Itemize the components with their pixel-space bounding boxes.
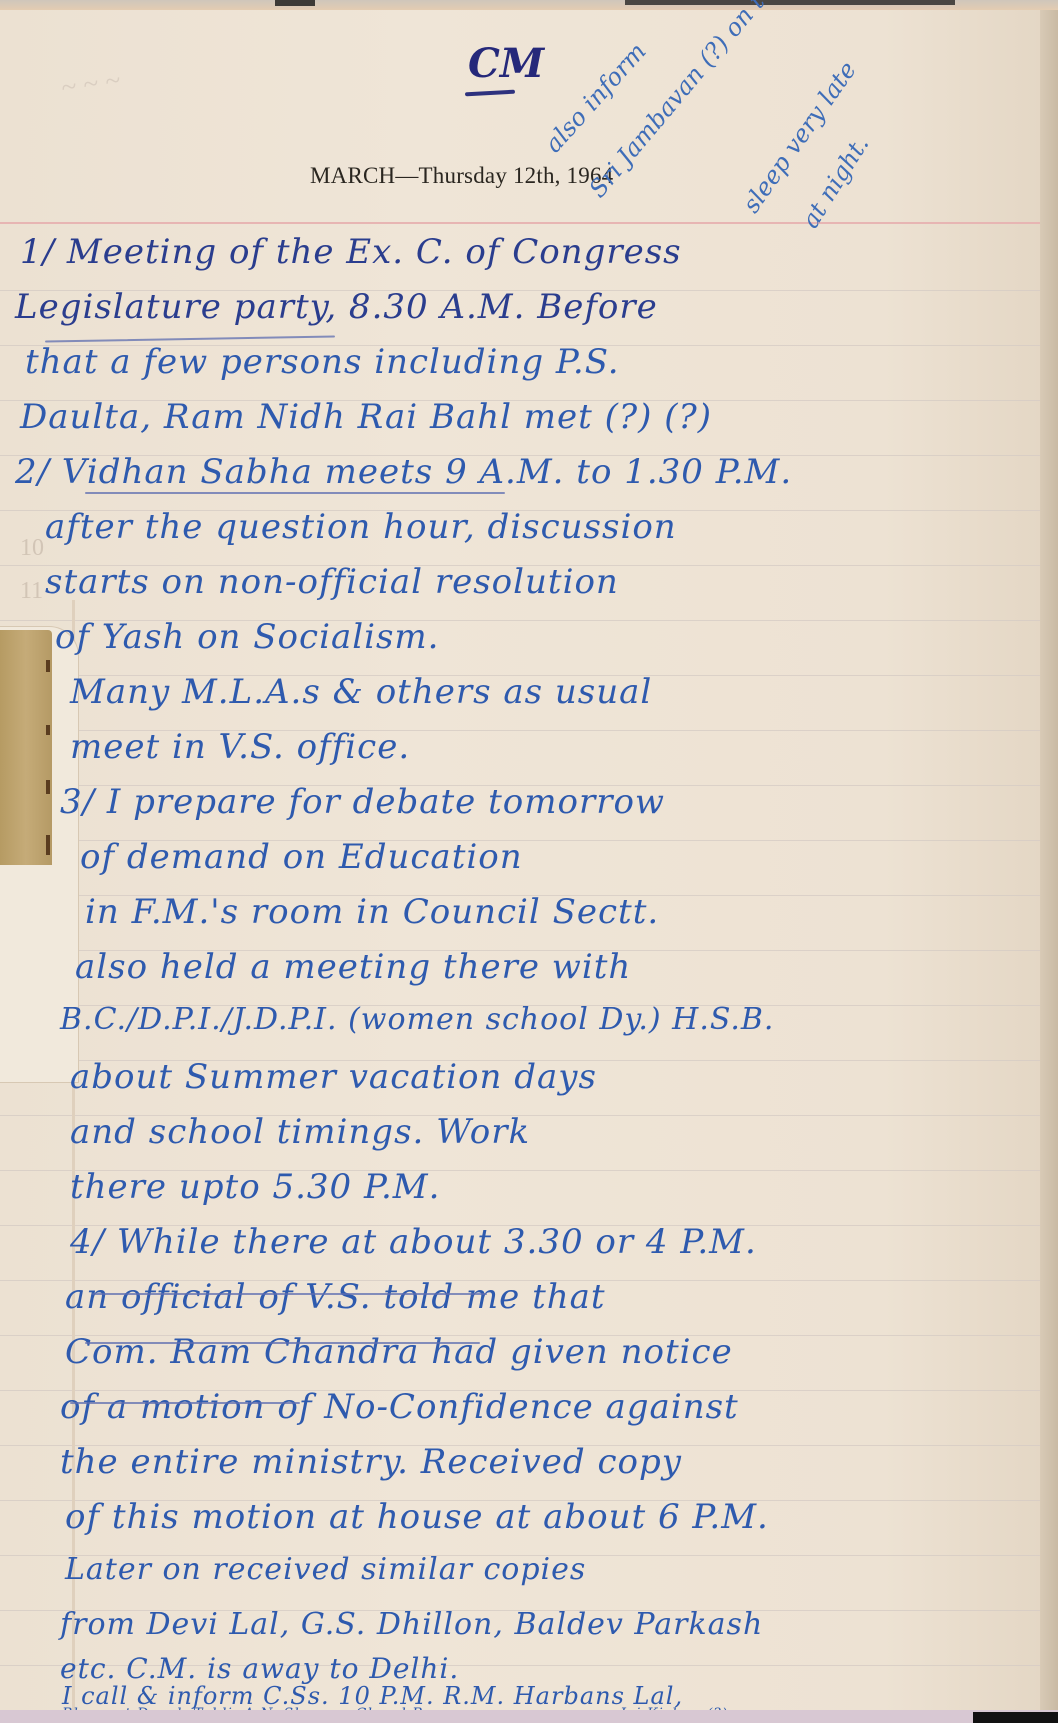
scan-shadow	[625, 0, 955, 5]
scan-shadow	[973, 1712, 1058, 1723]
entry-line: 1/ Meeting of the Ex. C. of Congress	[20, 232, 682, 272]
ink-underline	[85, 1342, 480, 1344]
ink-underline	[85, 492, 505, 494]
entry-line: of a motion of No-Confidence against	[60, 1387, 739, 1427]
entry-line: etc. C.M. is away to Delhi.	[60, 1652, 459, 1685]
entry-line: from Devi Lal, G.S. Dhillon, Baldev Park…	[60, 1607, 763, 1642]
entry-line: Legislature party, 8.30 A.M. Before	[15, 287, 658, 327]
entry-line: starts on non-official resolution	[45, 562, 619, 602]
entry-line: also held a meeting there with	[75, 947, 631, 987]
margin-number: 10	[20, 535, 44, 562]
index-tab	[0, 630, 52, 865]
entry-line: 3/ I prepare for debate tomorrow	[60, 782, 665, 822]
initials-stamp: CM	[468, 40, 544, 87]
entry-line: that a few persons including P.S.	[25, 342, 620, 382]
entry-line: of this motion at house at about 6 P.M.	[65, 1497, 769, 1537]
page-edge	[1040, 10, 1058, 1710]
entry-line: in F.M.'s room in Council Sectt.	[85, 892, 659, 932]
entry-line: after the question hour, discussion	[45, 507, 677, 547]
ink-underline	[70, 1402, 300, 1404]
scan-shadow	[275, 0, 315, 6]
entry-line: 2/ Vidhan Sabha meets 9 A.M. to 1.30 P.M…	[15, 452, 792, 492]
entry-line: Com. Ram Chandra had given notice	[65, 1332, 733, 1372]
entry-line: of demand on Education	[80, 837, 523, 877]
entry-line: there upto 5.30 P.M.	[70, 1167, 440, 1207]
margin-number: 11	[20, 578, 43, 605]
entry-line: Many M.L.A.s & others as usual	[70, 672, 652, 712]
entry-line: and school timings. Work	[70, 1112, 530, 1152]
scan-bottom-edge	[0, 1710, 1058, 1723]
entry-line: of Yash on Socialism.	[55, 617, 439, 657]
entry-line: about Summer vacation days	[70, 1057, 597, 1097]
entry-line: meet in V.S. office.	[70, 727, 410, 767]
entry-line: the entire ministry. Received copy	[60, 1442, 682, 1482]
entry-line: 4/ While there at about 3.30 or 4 P.M.	[70, 1222, 757, 1262]
page-date-heading: MARCH—Thursday 12th, 1964	[310, 163, 613, 189]
entry-line: Daulta, Ram Nidh Rai Bahl met (?) (?)	[20, 397, 712, 437]
entry-line: Later on received similar copies	[65, 1552, 586, 1587]
entry-line: B.C./D.P.I./J.D.P.I. (women school Dy.) …	[60, 1002, 774, 1037]
entry-line: an official of V.S. told me that	[65, 1277, 606, 1317]
ink-underline	[92, 1293, 487, 1295]
